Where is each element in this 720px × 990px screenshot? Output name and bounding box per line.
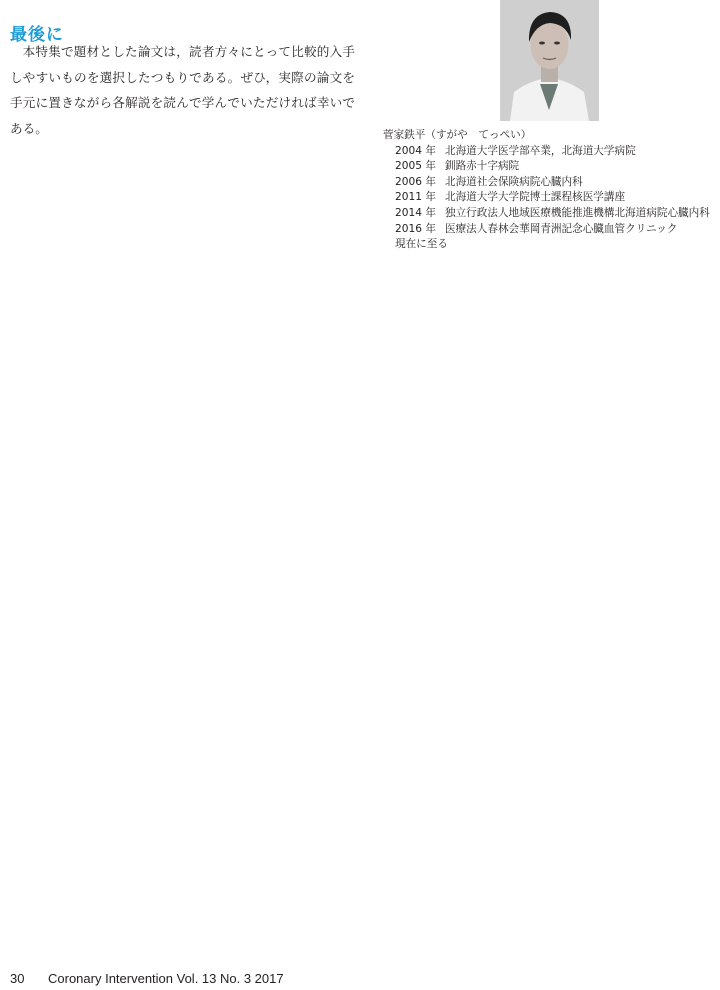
career-item: 2006 年北海道社会保険病院心臓内科 — [395, 175, 710, 191]
career-item: 2004 年北海道大学医学部卒業，北海道大学病院 — [395, 144, 710, 160]
career-item: 2005 年釧路赤十字病院 — [395, 159, 710, 175]
career-item: 2011 年北海道大学大学院博士課程核医学講座 — [395, 190, 710, 206]
career-year: 2011 年 — [395, 190, 445, 206]
career-list: 2004 年北海道大学医学部卒業，北海道大学病院 2005 年釧路赤十字病院 2… — [383, 144, 710, 253]
conclusion-body: 本特集で題材とした論文は，読者方々にとって比較的入手しやすいものを選択したつもり… — [10, 39, 355, 141]
portrait-image — [500, 0, 599, 121]
author-photo — [500, 0, 599, 121]
page-footer: 30Coronary Intervention Vol. 13 No. 3 20… — [10, 971, 284, 986]
career-year: 2014 年 — [395, 206, 445, 222]
career-text: 北海道社会保険病院心臓内科 — [445, 176, 583, 188]
page-number: 30 — [10, 971, 48, 986]
career-year: 2016 年 — [395, 222, 445, 238]
conclusion-paragraph: 本特集で題材とした論文は，読者方々にとって比較的入手しやすいものを選択したつもり… — [10, 39, 355, 141]
career-year: 2004 年 — [395, 144, 445, 160]
author-name: 菅家鉄平（すがや てっぺい） — [383, 128, 710, 144]
author-bio: 菅家鉄平（すがや てっぺい） 2004 年北海道大学医学部卒業，北海道大学病院 … — [383, 128, 710, 253]
career-year: 2006 年 — [395, 175, 445, 191]
career-text: 医療法人春林会華岡青洲記念心臓血管クリニック — [445, 223, 677, 235]
career-year: 2005 年 — [395, 159, 445, 175]
career-text: 独立行政法人地域医療機能推進機構北海道病院心臓内科 — [445, 207, 710, 219]
career-text: 北海道大学医学部卒業，北海道大学病院 — [445, 145, 636, 157]
career-text: 釧路赤十字病院 — [445, 160, 519, 172]
career-item: 2016 年医療法人春林会華岡青洲記念心臓血管クリニック — [395, 222, 710, 238]
career-current: 現在に至る — [395, 237, 710, 253]
career-item: 2014 年独立行政法人地域医療機能推進機構北海道病院心臓内科 — [395, 206, 710, 222]
career-text: 北海道大学大学院博士課程核医学講座 — [445, 191, 625, 203]
journal-citation: Coronary Intervention Vol. 13 No. 3 2017 — [48, 971, 284, 986]
